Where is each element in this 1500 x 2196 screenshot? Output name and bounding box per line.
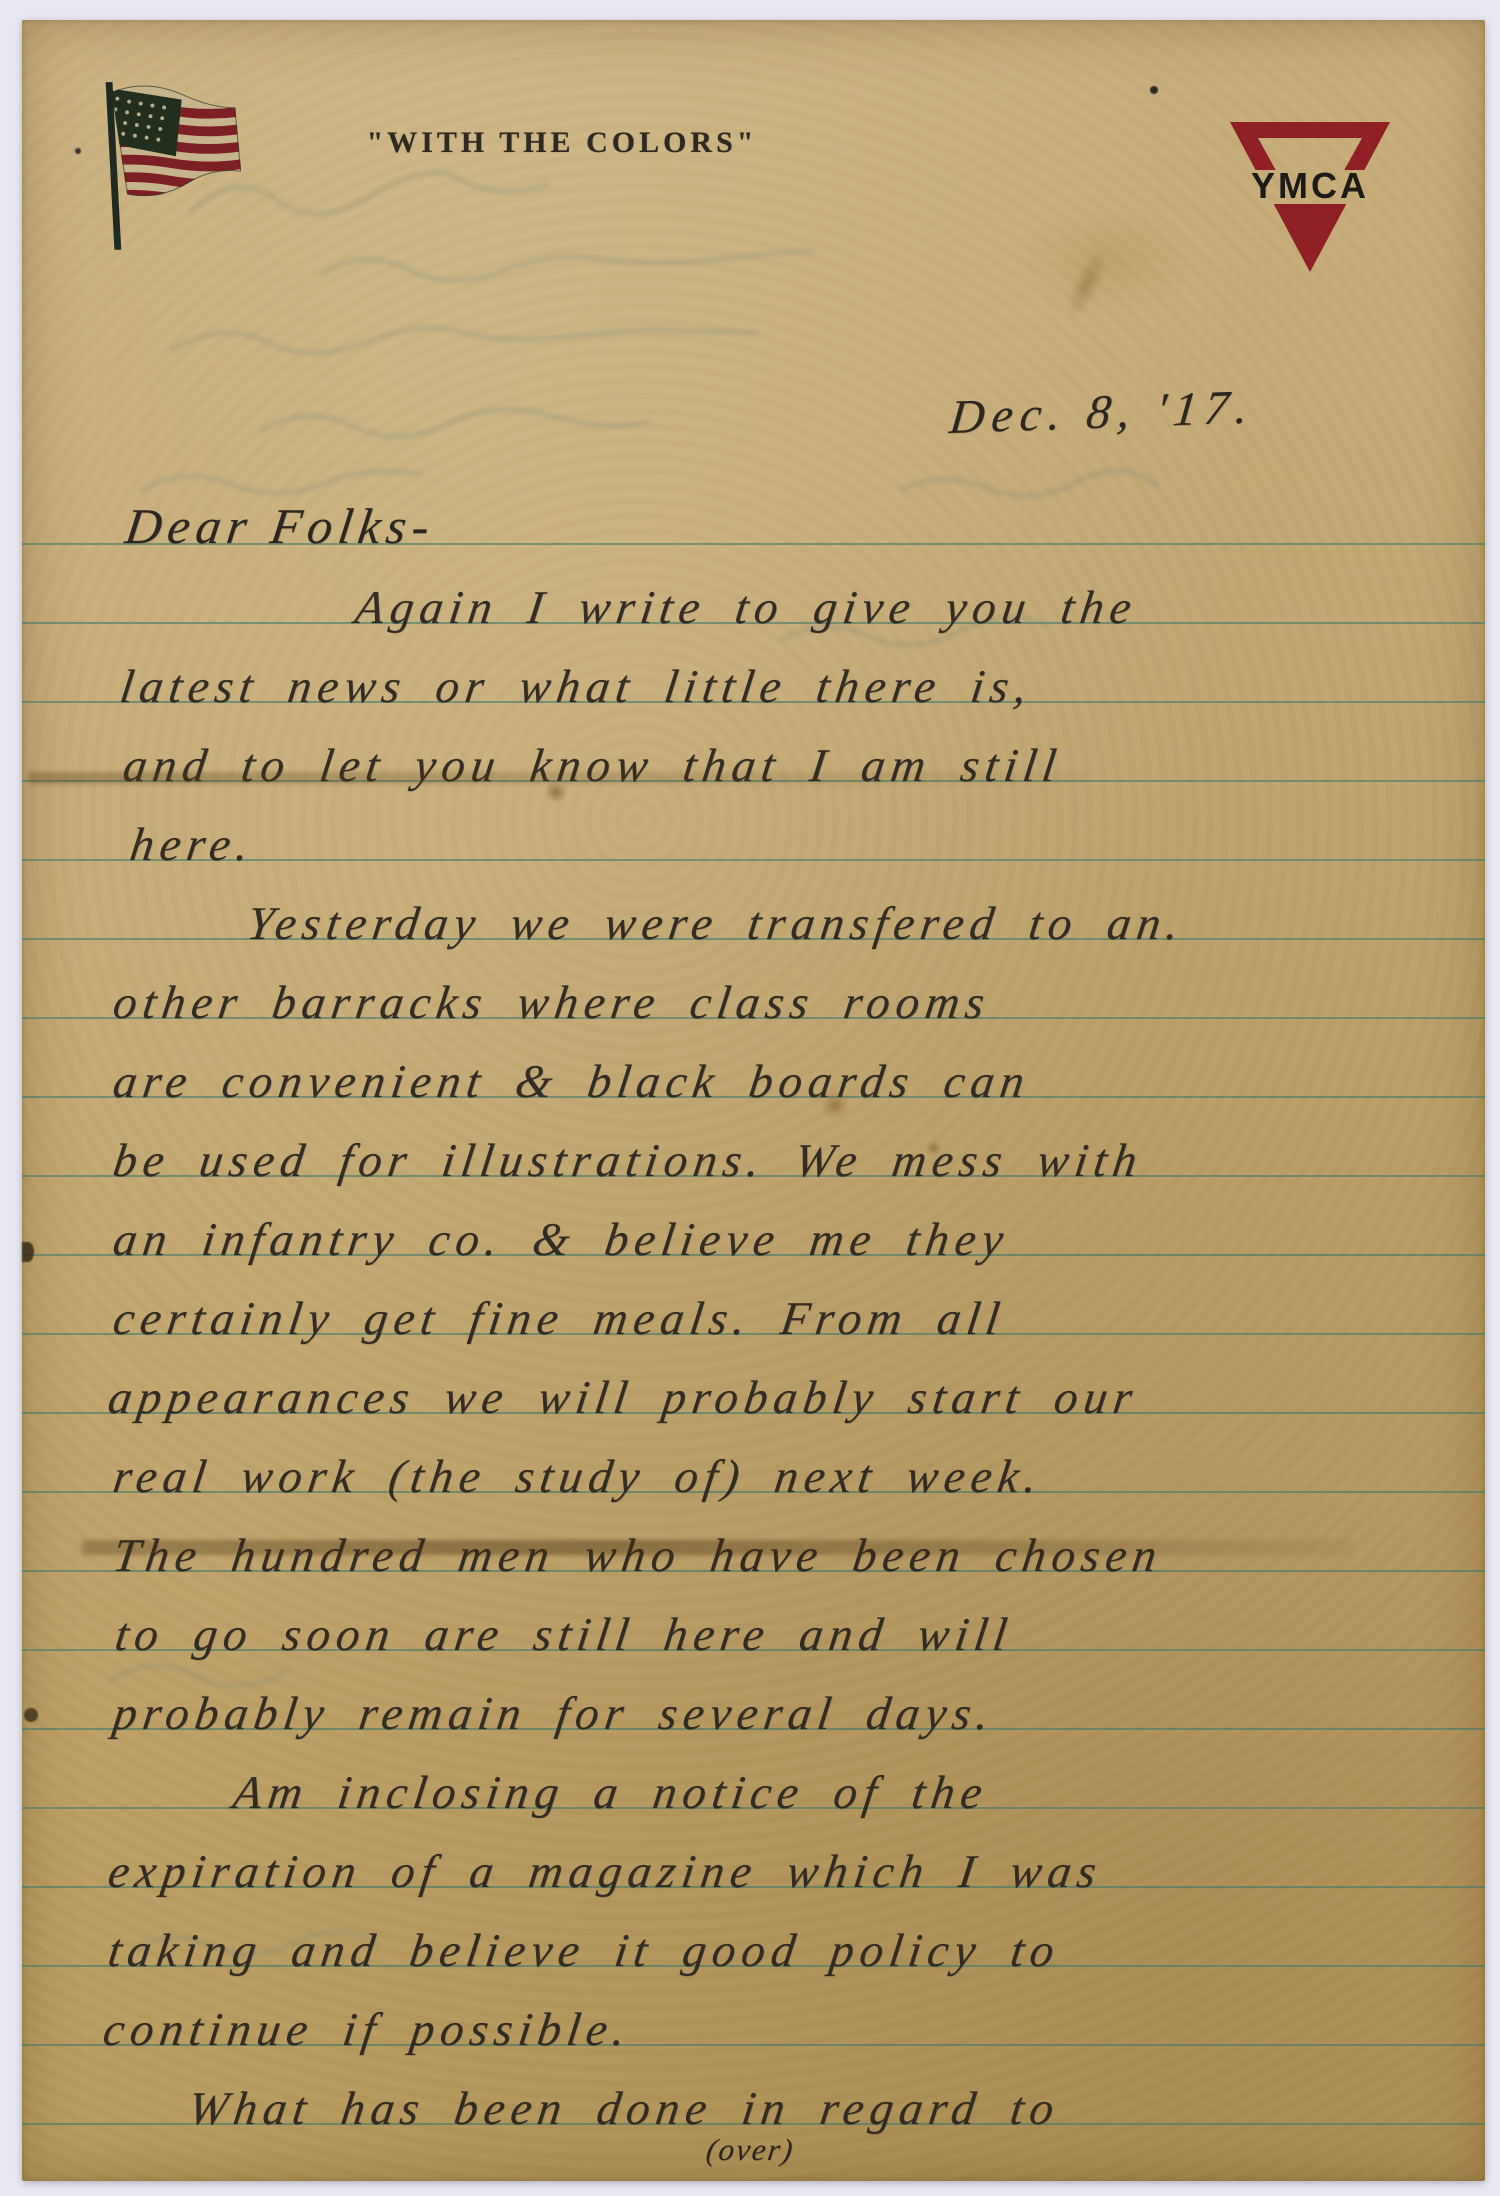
ymca-logo-icon: YMCA [1218,112,1402,288]
ymca-logo-text: YMCA [1251,165,1369,206]
body-line: expiration of a magazine which I was [105,1846,1105,1898]
letterhead-motto: "WITH THE COLORS" [352,126,772,160]
body-line: to go soon are still here and will [112,1609,1016,1661]
letter-page: "WITH THE COLORS" YMCA Dec. 8, '17. Dear… [22,20,1485,2181]
stain [1022,210,1192,310]
stain [1059,243,1116,325]
stain [22,1242,34,1262]
body-line: Again I write to give you the [352,582,1140,634]
date-line: Dec. 8, '17. [947,380,1258,445]
body-line: probably remain for several days. [110,1688,998,1740]
body-line: are convenient & black boards can [110,1056,1034,1108]
body-line: latest news or what little there is, [117,661,1036,713]
body-line: taking and believe it good policy to [105,1925,1063,1977]
body-line: be used for illustrations. We mess with [110,1135,1146,1187]
salutation: Dear Folks- [122,498,439,554]
body-line: Yesterday we were transfered to an. [244,898,1188,950]
body-line: Am inclosing a notice of the [230,1767,991,1819]
stain [1150,86,1158,94]
body-line: an infantry co. & believe me they [110,1214,1012,1266]
scanned-letter: { "letterhead": { "motto": "\"WITH THE C… [0,0,1500,2196]
body-line: certainly get fine meals. From all [110,1293,1009,1345]
stain [75,148,81,154]
us-flag-icon [92,76,248,252]
stain [24,1708,38,1722]
body-line: and to let you know that I am still [120,740,1065,792]
body-line: The hundred men who have been chosen [110,1530,1166,1582]
body-line: What has been done in regard to [185,2083,1063,2135]
body-line: continue if possible. [100,2004,635,2056]
body-line: appearances we will probably start our [105,1372,1141,1424]
body-line: other barracks where class rooms [110,977,994,1029]
body-line: here. [127,819,258,871]
body-line: real work (the study of) next week. [110,1451,1046,1503]
over-note: (over) [704,2132,797,2168]
